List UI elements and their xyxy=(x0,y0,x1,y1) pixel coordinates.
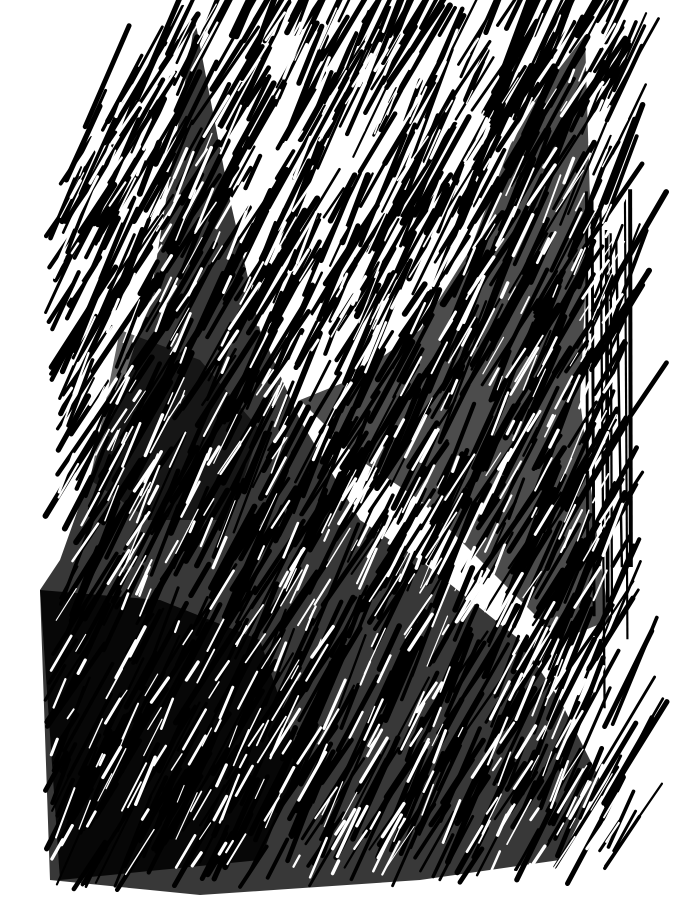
hatched-drawing xyxy=(0,0,681,915)
